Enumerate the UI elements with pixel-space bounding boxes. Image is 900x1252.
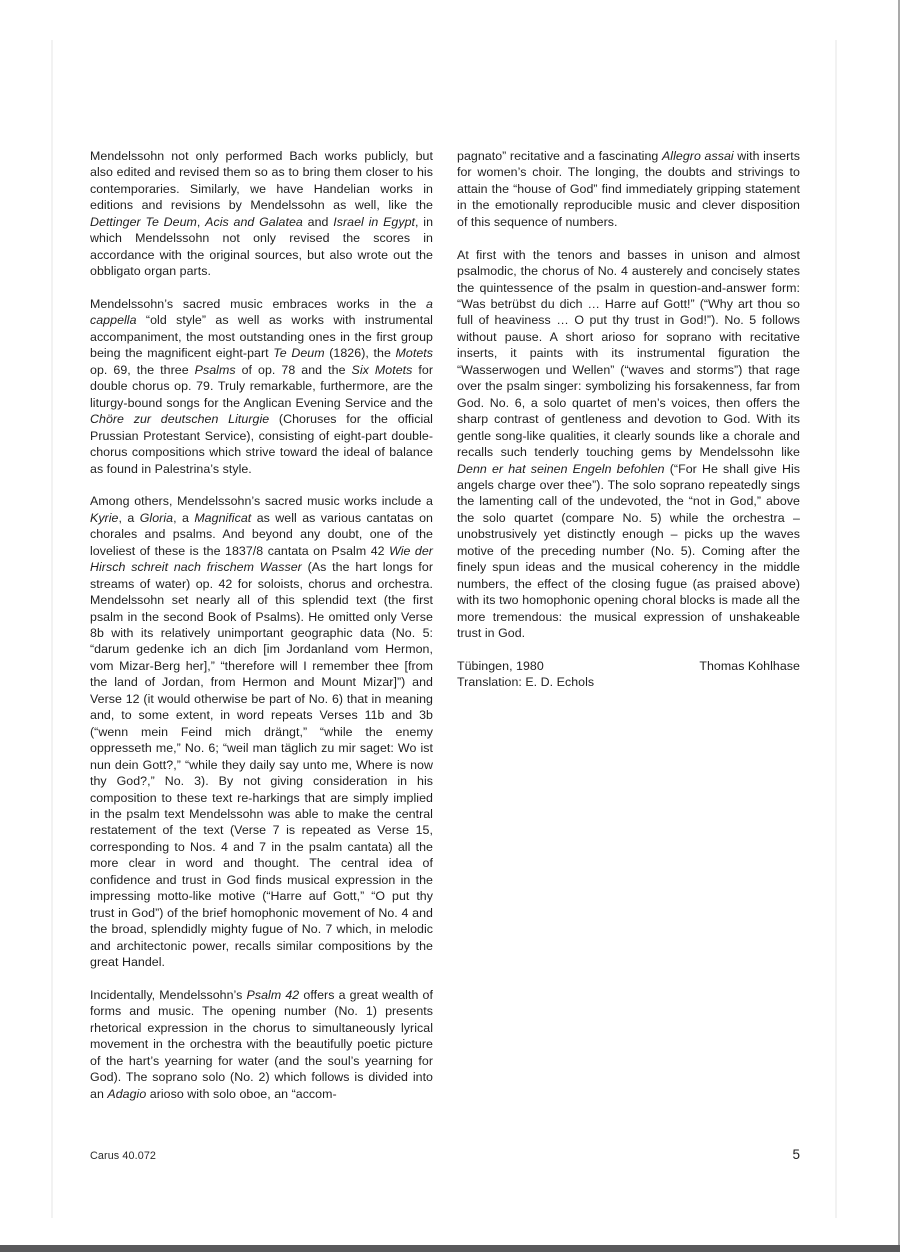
signature-author: Thomas Kohlhase — [699, 658, 800, 674]
text-column-left: Mendelssohn not only performed Bach work… — [90, 148, 433, 1102]
page-edge-line-left — [51, 40, 53, 1218]
text-column-right-paragraphs: pagnato” recitative and a fascinating Al… — [457, 148, 800, 642]
paragraph: Mendelssohn’s sacred music embraces work… — [90, 296, 433, 477]
paragraph: Among others, Mendelssohn’s sacred music… — [90, 493, 433, 970]
text-column-right: pagnato” recitative and a fascinating Al… — [457, 148, 800, 690]
signature-block: Tübingen, 1980 Thomas Kohlhase Translati… — [457, 658, 800, 691]
paragraph: Mendelssohn not only performed Bach work… — [90, 148, 433, 280]
document-page: Mendelssohn not only performed Bach work… — [0, 0, 900, 1252]
paragraph: Incidentally, Mendelssohn’s Psalm 42 off… — [90, 987, 433, 1102]
paragraph: pagnato” recitative and a fascinating Al… — [457, 148, 800, 230]
signature-translation: Translation: E. D. Echols — [457, 674, 800, 690]
signature-place-date: Tübingen, 1980 — [457, 658, 544, 674]
scan-bottom-bar — [0, 1245, 900, 1252]
paragraph: At first with the tenors and basses in u… — [457, 247, 800, 642]
page-edge-line-right — [835, 40, 837, 1218]
footer-catalog-number: Carus 40.072 — [90, 1150, 156, 1162]
footer-page-number: 5 — [780, 1147, 800, 1162]
